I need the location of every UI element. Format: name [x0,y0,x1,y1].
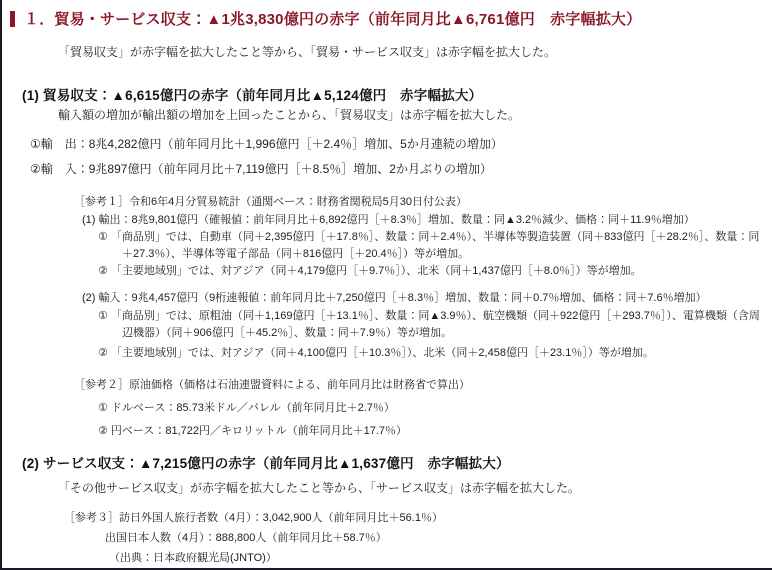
exports-line: ①輸 出：8兆4,282億円（前年同月比＋1,996億円［＋2.4％］増加、5か… [30,136,762,152]
reference-2-heading: ［参考２］原油価格（価格は石油連盟資料による、前年同月比は財務省で算出） [74,377,764,394]
imports-line: ②輸 入：9兆897億円（前年同月比＋7,119億円［＋8.5％］増加、2か月ぶ… [30,161,762,177]
services-balance-summary: 「その他サービス収支」が赤字幅を拡大したこと等から、「サービス収支」は赤字幅を拡… [58,480,762,496]
doc-title-text: １．貿易・サービス収支：▲1兆3,830億円の赤字（前年同月比▲6,761億円 … [24,8,641,29]
trade-balance-summary: 輸入額の増加が輸出額の増加を上回ったことから、「貿易収支」は赤字幅を拡大した。 [58,107,762,123]
intro-paragraph: 「貿易収支」が赤字幅を拡大したこと等から、「貿易・サービス収支」は赤字幅を拡大し… [58,44,762,60]
trade-balance-heading: (1) 貿易収支：▲6,615億円の赤字（前年同月比▲5,124億円 赤字幅拡大… [22,84,764,104]
title-accent-bar-icon [10,11,15,27]
doc-title: １．貿易・サービス収支：▲1兆3,830億円の赤字（前年同月比▲6,761億円 … [10,8,766,29]
reference-3-departures-line: 出国日本人数（4月）：888,800人（前年同月比＋58.7％） [105,530,764,547]
reference-2-dollar-line: ① ドルベース：85.73米ドル／バレル（前年同月比＋2.7％） [98,400,764,417]
reference-3-source-line: （出典：日本政府観光局(JNTO)） [109,550,764,567]
document-page: １．貿易・サービス収支：▲1兆3,830億円の赤字（前年同月比▲6,761億円 … [0,0,772,570]
reference-3-visitors-line: ［参考３］訪日外国人旅行者数（4月）：3,042,900人（前年同月比＋56.1… [64,510,764,527]
reference-1-import-products: ① 「商品別」では、原粗油（同＋1,169億円［＋13.1％］、数量：同▲3.9… [98,308,766,342]
reference-1-import-regions: ② 「主要地域別」では、対アジア（同＋4,100億円［＋10.3％］）、北米（同… [98,345,766,362]
reference-1-export-regions: ② 「主要地域別」では、対アジア（同＋4,179億円［＋9.7％］）、北米（同＋… [98,263,766,280]
reference-1-export-line: (1) 輸出：8兆9,801億円（確報値：前年同月比＋6,892億円［＋8.3％… [82,212,766,229]
reference-1-export-products: ① 「商品別」では、自動車（同＋2,395億円［＋17.8％］、数量：同＋2.4… [98,229,766,263]
reference-2-yen-line: ② 円ベース：81,722円／キロリットル（前年同月比＋17.7％） [98,423,764,440]
reference-1-import-line: (2) 輸入：9兆4,457億円（9桁速報値：前年同月比＋7,250億円［＋8.… [82,290,766,307]
services-balance-heading: (2) サービス収支：▲7,215億円の赤字（前年同月比▲1,637億円 赤字幅… [22,452,764,472]
reference-1-heading: ［参考１］令和6年4月分貿易統計（通関ベース：財務省関税局5月30日付公表） [74,194,764,211]
